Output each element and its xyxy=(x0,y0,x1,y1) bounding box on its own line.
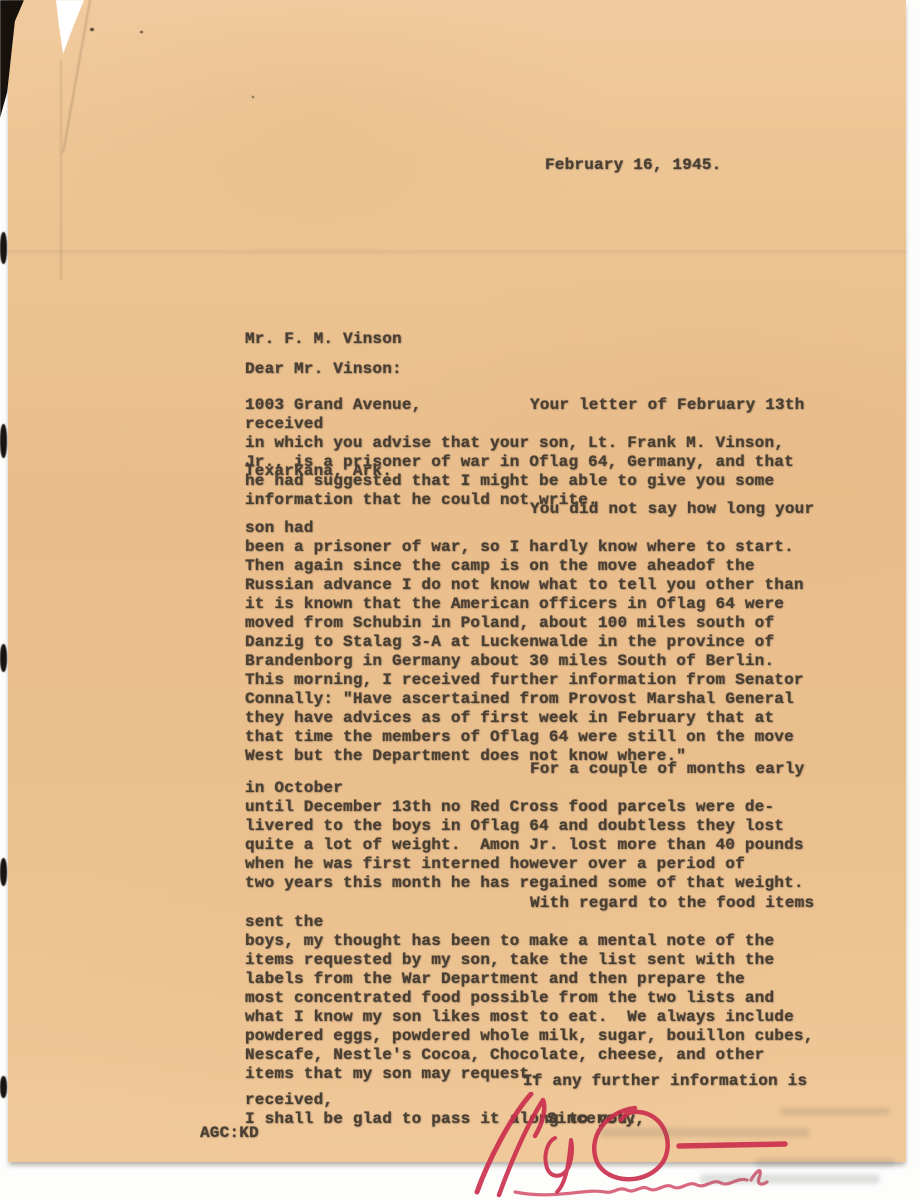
scan-edge-mark xyxy=(0,858,7,886)
scanned-letter-page: February 16, 1945. Mr. F. M. Vinson 1003… xyxy=(0,0,920,1200)
letter-paragraph-3: For a couple of months early in October … xyxy=(245,760,825,893)
scan-edge-mark xyxy=(0,424,7,458)
typist-initials: AGC:KD xyxy=(200,1124,259,1143)
scan-edge-mark xyxy=(0,1076,7,1098)
letter-paragraph-4: With regard to the food items sent the b… xyxy=(245,894,825,1084)
scan-edge-mark xyxy=(0,644,7,672)
recipient-name: Mr. F. M. Vinson xyxy=(245,328,421,350)
letter-date: February 16, 1945. xyxy=(545,156,721,175)
scan-edge-mark xyxy=(0,232,7,264)
salutation: Dear Mr. Vinson: xyxy=(245,360,402,379)
letter-paragraph-2: You did not say how long your son had be… xyxy=(245,500,825,766)
letter-paragraph-1: Your letter of February 13th received in… xyxy=(245,396,825,510)
signature-red-ink xyxy=(455,1092,875,1200)
